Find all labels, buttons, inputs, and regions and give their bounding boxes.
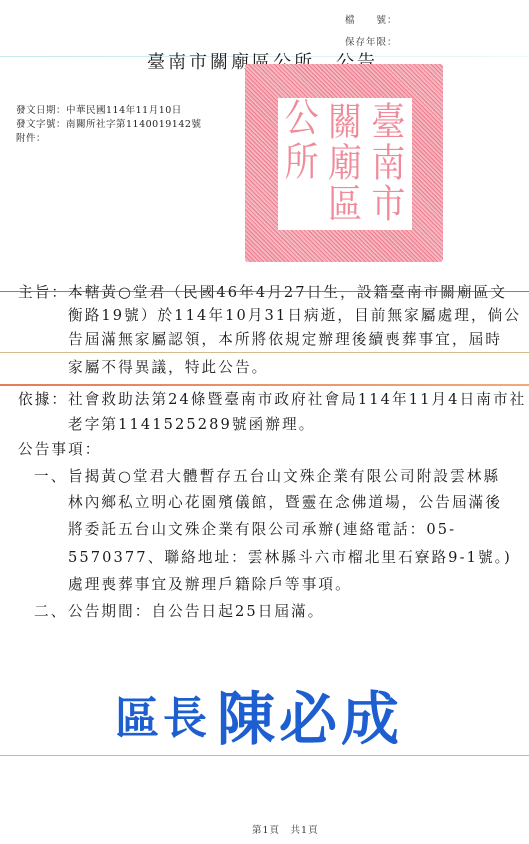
seal-char: 市 <box>371 186 405 225</box>
dispatch-date: 發文日期：中華民國114年11月10日 <box>16 102 182 116</box>
page-number: 第1頁 共1頁 <box>252 822 319 836</box>
notice-item-line: 5570377、聯絡地址：雲林縣斗六市榴北里石寮路9-1號。) <box>68 546 512 567</box>
dispatch-number: 發文字號：南關所社字第1140019142號 <box>16 116 201 130</box>
notice-item-line: 林內鄉私立明心花園殯儀館，暨靈在念佛道場，公告屆滿後 <box>68 491 502 512</box>
scan-artifact-line <box>0 384 529 386</box>
subject-line: 家屬不得異議，特此公告。 <box>68 356 268 377</box>
director-signature: 區 長 陳 必 成 <box>115 672 399 756</box>
notice-item-marker: 二、 <box>34 600 67 621</box>
seal-char: 廟 <box>328 144 362 183</box>
notice-item-line: 旨揭黃○堂君大體暫存五台山文殊企業有限公司附設雲林縣 <box>68 465 500 486</box>
scan-artifact-line <box>0 291 529 292</box>
signature-name-char: 陳 <box>217 672 275 756</box>
seal-column: 臺 南 市 <box>371 102 405 226</box>
attachment-label: 附件： <box>16 130 46 144</box>
seal-column: 關 廟 區 <box>328 102 362 226</box>
retention-period-label: 保存年限： <box>345 34 398 48</box>
subject-line: 衡路19號）於114年10月31日病逝，目前無家屬處理，倘公 <box>68 304 521 325</box>
signature-title-char: 長 <box>163 682 207 746</box>
notice-item-line: 將委託五台山文殊企業有限公司承辦(連絡電話：05- <box>68 518 456 539</box>
file-number-label: 檔 號： <box>345 12 398 26</box>
basis-line: 老字第1141525289號函辦理。 <box>68 413 315 434</box>
notice-item-line: 公告期間：自公告日起25日屆滿。 <box>68 600 324 621</box>
notice-item-marker: 一、 <box>34 465 67 486</box>
notice-items-heading: 公告事項： <box>18 438 101 459</box>
notice-item-line: 處理喪葬事宜及辦理戶籍除戶等事項。 <box>68 573 352 594</box>
seal-column: 公 所 <box>285 102 319 226</box>
seal-char: 所 <box>285 143 319 182</box>
scan-artifact-line <box>0 352 529 353</box>
signature-name-char: 必 <box>279 672 337 756</box>
official-seal: 臺 南 市 關 廟 區 公 所 <box>245 64 443 262</box>
signature-name-char: 成 <box>341 672 399 756</box>
subject-line: 告屆滿無家屬認領，本所將依規定辦理後續喪葬事宜，屆時 <box>68 328 502 349</box>
basis-line: 社會救助法第24條暨臺南市政府社會局114年11月4日南市社 <box>68 388 526 409</box>
seal-char: 南 <box>371 144 405 183</box>
seal-char: 區 <box>328 186 362 225</box>
seal-inner: 臺 南 市 關 廟 區 公 所 <box>278 98 412 230</box>
seal-char: 關 <box>328 103 362 142</box>
basis-label: 依據： <box>18 388 68 409</box>
signature-title-char: 區 <box>115 682 159 746</box>
scan-artifact-line <box>0 755 529 756</box>
seal-char: 公 <box>285 99 319 138</box>
seal-char: 臺 <box>371 103 405 142</box>
